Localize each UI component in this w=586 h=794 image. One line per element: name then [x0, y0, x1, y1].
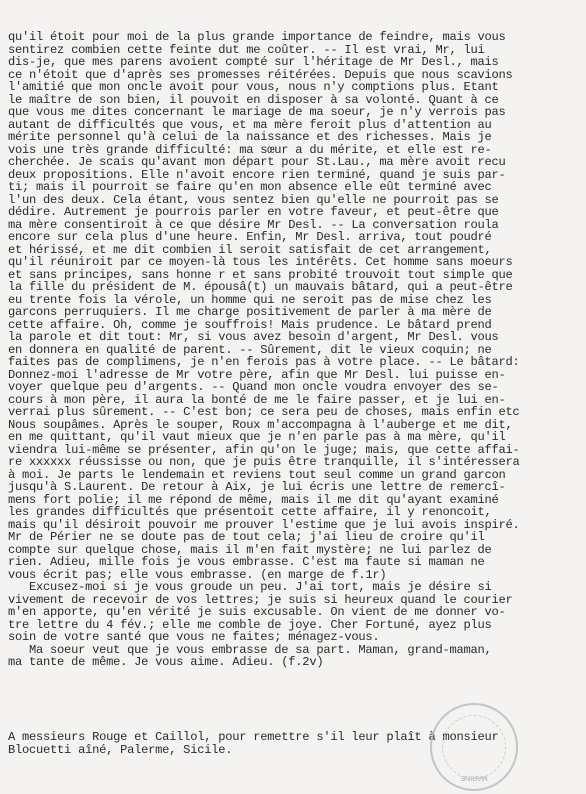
typewritten-letter: qu'il étoit pour moi de la plus grande i… [8, 6, 586, 769]
text-line: dis-je, que mes parens avoient compté su… [8, 56, 586, 69]
text-line: Mr de Périer ne se doute pas de tout cel… [8, 531, 586, 544]
text-line: encore sur cela plus d'une heure. Enfin,… [8, 231, 586, 244]
text-line: mérite personnel qu'à celui de la naissa… [8, 131, 586, 144]
letter-body: qu'il étoit pour moi de la plus grande i… [8, 31, 586, 669]
text-line: m'en apporte, qu'en vérité je suis excus… [8, 606, 586, 619]
text-line: cherchée. Je scais qu'avant mon départ p… [8, 156, 586, 169]
text-line: qu'il réuniroit par ce moyen-là tous les… [8, 256, 586, 269]
text-line: voyer quelque peu d'argents. -- Quand mo… [8, 381, 586, 394]
text-line: l'amitié que mon oncle avoit pour vous, … [8, 81, 586, 94]
archive-stamp: MARINE [430, 703, 518, 791]
text-line: qu'il étoit pour moi de la plus grande i… [8, 31, 586, 44]
text-line: soin de votre santé que vous ne faites; … [8, 631, 586, 644]
text-line: que vous me dites concernant le mariage … [8, 106, 586, 119]
text-line: dédire. Autrement je pourrois parler en … [8, 206, 586, 219]
text-line: la parole et dit tout: Mr, si vous avez … [8, 331, 586, 344]
text-line: rien. Adieu, mille fois je vous embrasse… [8, 556, 586, 569]
text-line: garcons perruquiers. Il me charge positi… [8, 306, 586, 319]
text-line: ma tante de même. Je vous aime. Adieu. (… [8, 656, 586, 669]
text-line: verrai plus sûrement. -- C'est bon; ce s… [8, 406, 586, 419]
text-line: les grandes difficultés que présentoit c… [8, 506, 586, 519]
text-line: re xxxxxx réussisse ou non, que je puis … [8, 456, 586, 469]
text-line: en me quittant, qu'il vaut mieux que je … [8, 431, 586, 444]
text-line: ti; mais il pourroit se faire qu'en mon … [8, 181, 586, 194]
text-line: Excusez-moi si je vous groude un peu. J'… [8, 581, 586, 594]
text-line: faites pas de complimens, je n'en ferois… [8, 356, 586, 369]
text-line: jusqu'à S.Laurent. De retour à Aix, je l… [8, 481, 586, 494]
stamp-text: MARINE [432, 774, 516, 781]
text-line: la fille du président de M. épousâ(t) un… [8, 281, 586, 294]
